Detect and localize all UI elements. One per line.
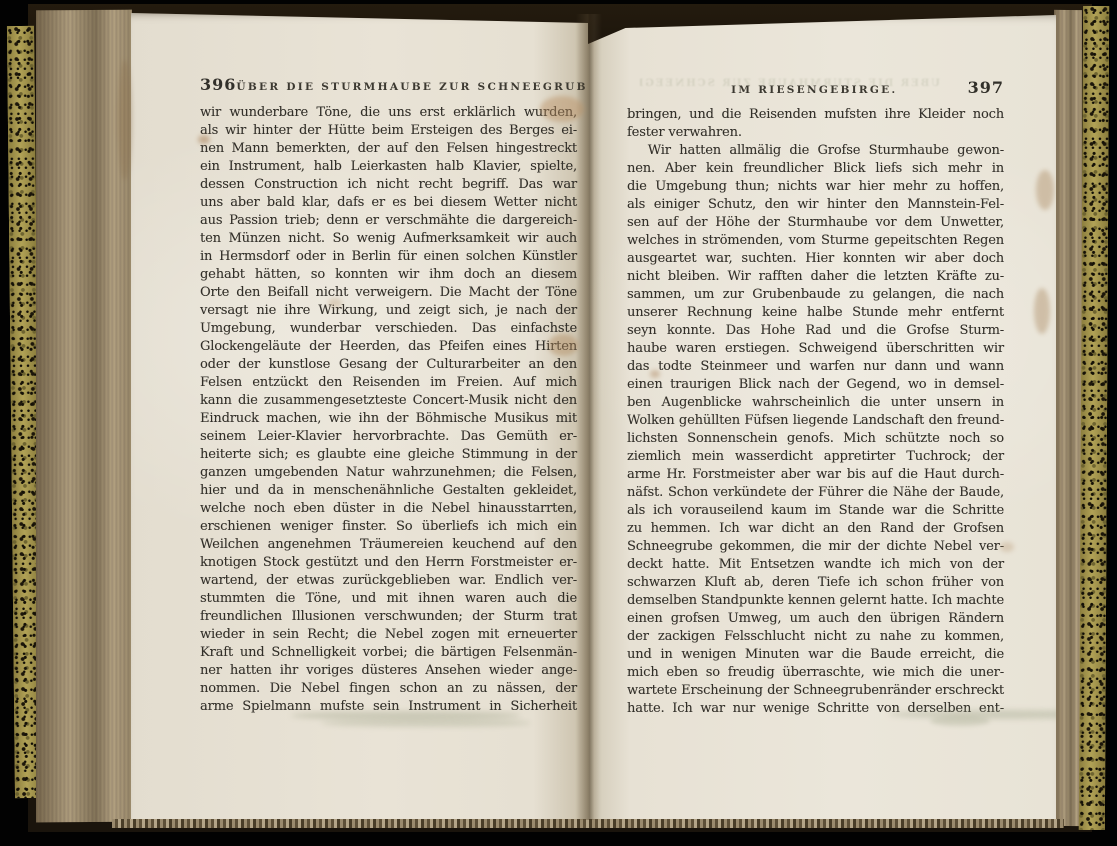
foxing-stain	[930, 716, 990, 726]
text-line: das todte Steinmeer und warfen nur dann …	[627, 358, 1004, 376]
text-line: wartete Erscheinung der Schneegrubenränd…	[627, 682, 1004, 700]
text-line: seyn konnte. Das Hohe Rad und die Grofse…	[627, 322, 1004, 340]
text-line: ner hatten ihr voriges düsteres Ansehen …	[200, 662, 577, 680]
left-page-text: wir wunderbare Töne, die uns erst erklär…	[200, 104, 577, 716]
text-line: Glockengeläute der Heerden, das Pfeifen …	[200, 338, 577, 356]
text-line: sen auf der Höhe der Sturmhaube vor dem …	[627, 214, 1004, 232]
text-line: als wir hinter der Hütte beim Ersteigen …	[200, 122, 577, 140]
text-line: als ich vorauseilend kaum im Stande war …	[627, 502, 1004, 520]
text-line: Wolken gehüllten Füfsen liegende Landsch…	[627, 412, 1004, 430]
text-line: als einiger Schutz, den wir hinter den M…	[627, 196, 1004, 214]
text-line: sammen, um zur Grubenbaude zu gelangen, …	[627, 286, 1004, 304]
text-line: die Umgebung thun; nichts war hier mehr …	[627, 178, 1004, 196]
foxing-stain	[328, 298, 342, 308]
page-edges-bottom	[112, 819, 1064, 828]
text-line: haube waren erstiegen. Schweigend übersc…	[627, 340, 1004, 358]
open-book-scan: 396 ÜBER DIE STURMHAUBE ZUR SCHNEEGRUBEN…	[0, 0, 1117, 846]
right-page-text: bringen, und die Reisenden mufsten ihre …	[627, 106, 1004, 718]
text-line: Felsen entzückt den Reisenden im Freien.…	[200, 374, 577, 392]
text-line: gehabt hätten, so konnten wir ihm doch a…	[200, 266, 577, 284]
foxing-stain	[650, 370, 660, 378]
text-line: fester verwahren.	[627, 124, 1004, 142]
text-line: deckt hatte. Mit Entsetzen wandte ich mi…	[627, 556, 1004, 574]
text-line: kann die zusammengesetzteste Concert-Mus…	[200, 392, 577, 410]
text-line: Kraft und Schnelligkeit vorbei; die bärt…	[200, 644, 577, 662]
text-line: ben Augenblicke wahrscheinlich die unter…	[627, 394, 1004, 412]
text-line: knotigen Stock gestützt und den Herrn Fo…	[200, 554, 577, 572]
text-line: heiterte sich; es glaubte eine gleiche S…	[200, 446, 577, 464]
foxing-stain	[118, 60, 132, 180]
text-line: nen. Aber kein freundlicher Blick liefs …	[627, 160, 1004, 178]
left-page: 396 ÜBER DIE STURMHAUBE ZUR SCHNEEGRUBEN…	[131, 11, 588, 819]
text-line: schwarzen Kluft ab, deren Tiefe ich scho…	[627, 574, 1004, 592]
text-line: demselben Standpunkte kennen gelernt hat…	[627, 592, 1004, 610]
text-line: näfst. Schon verkündete der Führer die N…	[627, 484, 1004, 502]
foxing-stain	[548, 334, 578, 356]
left-page-number: 396	[200, 75, 236, 94]
text-line: Eindruck machen, wie ihn der Böhmische M…	[200, 410, 577, 428]
text-line: dessen Construction ich nicht recht begr…	[200, 176, 577, 194]
text-line: freundlichen Illusionen verschwunden; de…	[200, 608, 577, 626]
text-line: wartend, der etwas zurückgeblieben war. …	[200, 572, 577, 590]
text-line: welche noch eben düster in die Nebel hin…	[200, 500, 577, 518]
text-line: ausgeartet war, suchten. Hier konnten wi…	[627, 250, 1004, 268]
left-page-header: 396 ÜBER DIE STURMHAUBE ZUR SCHNEEGRUBEN…	[200, 75, 577, 94]
foxing-stain	[1000, 542, 1014, 552]
foxing-stain	[198, 135, 210, 144]
text-line: einen traurigen Blick nach der Gegend, w…	[627, 376, 1004, 394]
text-line: nicht bleiben. Wir rafften daher die let…	[627, 268, 1004, 286]
right-page-header: IM RIESENGEBIRGE. 397	[627, 78, 1004, 97]
text-line: unserer Rechnung keine halbe Stunde mehr…	[627, 304, 1004, 322]
text-line: aus Passion trieb; denn er verschmähte d…	[200, 212, 577, 230]
marbled-cover-right	[1079, 6, 1109, 830]
right-page: ÜBER DIE STURMHAUBE ZUR SCHNEEGRUBENBAUD…	[588, 12, 1056, 819]
gutter-shadow	[576, 14, 602, 820]
text-line: lichsten Sonnenschein genofs. Mich schüt…	[627, 430, 1004, 448]
text-line: welches in strömenden, vom Sturme gepeit…	[627, 232, 1004, 250]
text-line: bringen, und die Reisenden mufsten ihre …	[627, 106, 1004, 124]
text-line: oder der kunstlose Gesang der Culturarbe…	[200, 356, 577, 374]
text-line: erschienen weniger finster. So überliefs…	[200, 518, 577, 536]
showthrough-smudge	[321, 719, 531, 727]
showthrough-smudge	[291, 711, 521, 720]
text-line: ten Münzen nicht. So wenig Aufmerksamkei…	[200, 230, 577, 248]
text-line: zu hemmen. Ich war dicht an den Rand der…	[627, 520, 1004, 538]
foxing-stain	[1034, 288, 1050, 334]
text-line: Weilchen angenehmen Träumereien keuchend…	[200, 536, 577, 554]
text-line: arme Hr. Forstmeister aber war bis auf d…	[627, 466, 1004, 484]
text-line: stummten die Töne, und mit ihnen waren a…	[200, 590, 577, 608]
text-line: nommen. Die Nebel fingen schon an zu näs…	[200, 680, 577, 698]
text-line: wir wunderbare Töne, die uns erst erklär…	[200, 104, 577, 122]
foxing-stain	[1036, 170, 1054, 210]
text-line: mich eben so freudig überraschte, wie mi…	[627, 664, 1004, 682]
foxing-stain	[540, 96, 584, 122]
text-line: Schneegrube gekommen, die mir der dichte…	[627, 538, 1004, 556]
text-line: ganzen umgebenden Natur wahrzunehmen; di…	[200, 464, 577, 482]
text-line: nen Mann bemerkten, der auf den Felsen h…	[200, 140, 577, 158]
text-line: in Hermsdorf oder in Berlin für einen so…	[200, 248, 577, 266]
text-line: Orte den Beifall nicht verweigern. Die M…	[200, 284, 577, 302]
right-running-title: IM RIESENGEBIRGE.	[661, 84, 968, 96]
page-edges-right	[1054, 10, 1082, 826]
text-line: uns aber bald klar, dafs er es bei diese…	[200, 194, 577, 212]
text-line: Wir hatten allmälig die Grofse Sturmhaub…	[627, 142, 1004, 160]
text-line: wieder in sein Recht; die Nebel zogen mi…	[200, 626, 577, 644]
text-line: der zackigen Felsschlucht nicht zu nahe …	[627, 628, 1004, 646]
right-page-number: 397	[968, 78, 1004, 97]
text-line: hier und da in menschenähnliche Gestalte…	[200, 482, 577, 500]
text-line: versagt nie ihre Wirkung, und zeigt sich…	[200, 302, 577, 320]
text-line: ziemlich mein wasserdicht appretirter Tu…	[627, 448, 1004, 466]
text-line: ein Instrument, halb Leierkasten halb Kl…	[200, 158, 577, 176]
text-line: und in wenigen Minuten war die Baude err…	[627, 646, 1004, 664]
text-line: einen grofsen Umweg, um auch den übrigen…	[627, 610, 1004, 628]
text-line: seinem Leier-Klavier hervorbrachte. Das …	[200, 428, 577, 446]
text-line: Umgebung, wunderbar verschieden. Das ein…	[200, 320, 577, 338]
